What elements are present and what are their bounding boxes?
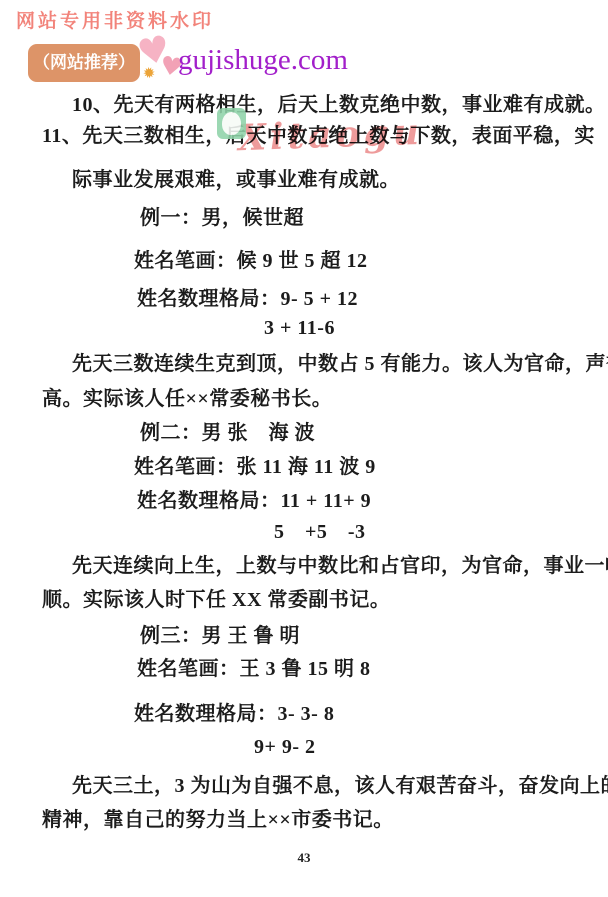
example3-pattern-row1: 姓名数理格局：3- 3- 8 xyxy=(134,697,334,726)
example3-pattern-row2: 9+ 9- 2 xyxy=(254,736,316,759)
recommend-badge: （网站推荐） xyxy=(28,44,140,82)
analysis3-line1: 先天三土，3 为山为自强不息，该人有艰苦奋斗，奋发向上的 xyxy=(72,769,608,798)
analysis1-line2: 高。实际该人任××常委秘书长。 xyxy=(42,382,332,411)
sparkle-icon: ✹ xyxy=(142,65,157,82)
line-item-10: 10、先天有两格相生，后天上数克绝中数，事业难有成就。 xyxy=(72,88,606,117)
analysis2-line1: 先天连续向上生，上数与中数比和占官印，为官命，事业一帆风 xyxy=(72,549,608,578)
example1-pattern-row2: 3 + 11-6 xyxy=(264,317,335,340)
example1-title: 例一：男，候世超 xyxy=(140,201,304,230)
example1-pattern-row1: 姓名数理格局：9- 5 + 12 xyxy=(137,282,358,311)
example2-strokes: 姓名笔画：张 11 海 11 波 9 xyxy=(134,450,376,479)
example1-strokes: 姓名笔画：候 9 世 5 超 12 xyxy=(134,244,368,273)
site-domain-text: gujishuge.com xyxy=(178,44,348,77)
avatar-face-shape xyxy=(222,112,241,135)
example2-title: 例二：男 张 海 波 xyxy=(140,416,315,445)
example2-pattern-row2: 5 +5 -3 xyxy=(274,515,366,544)
example3-title: 例三：男 王 鲁 明 xyxy=(140,619,300,648)
script-watermark-text: Xitaogu xyxy=(237,111,423,159)
site-watermark-header: 网站专用非资料水印 xyxy=(16,6,214,33)
line-item-11-cont: 际事业发展艰难，或事业难有成就。 xyxy=(72,163,400,192)
analysis1-line1: 先天三数连续生克到顶，中数占 5 有能力。该人为官命，声誉 xyxy=(72,347,608,376)
scanned-document-page: 网站专用非资料水印 （网站推荐） ♥ ♥ ✹ gujishuge.com 10、… xyxy=(0,0,608,897)
page-number: 43 xyxy=(0,850,608,866)
example3-strokes: 姓名笔画：王 3 鲁 15 明 8 xyxy=(137,652,371,681)
analysis3-line2: 精神，靠自己的努力当上××市委书记。 xyxy=(42,803,394,832)
green-avatar-watermark-icon xyxy=(217,108,246,139)
analysis2-line2: 顺。实际该人时下任 XX 常委副书记。 xyxy=(42,583,390,612)
example2-pattern-row1: 姓名数理格局：11 + 11+ 9 xyxy=(137,484,371,513)
